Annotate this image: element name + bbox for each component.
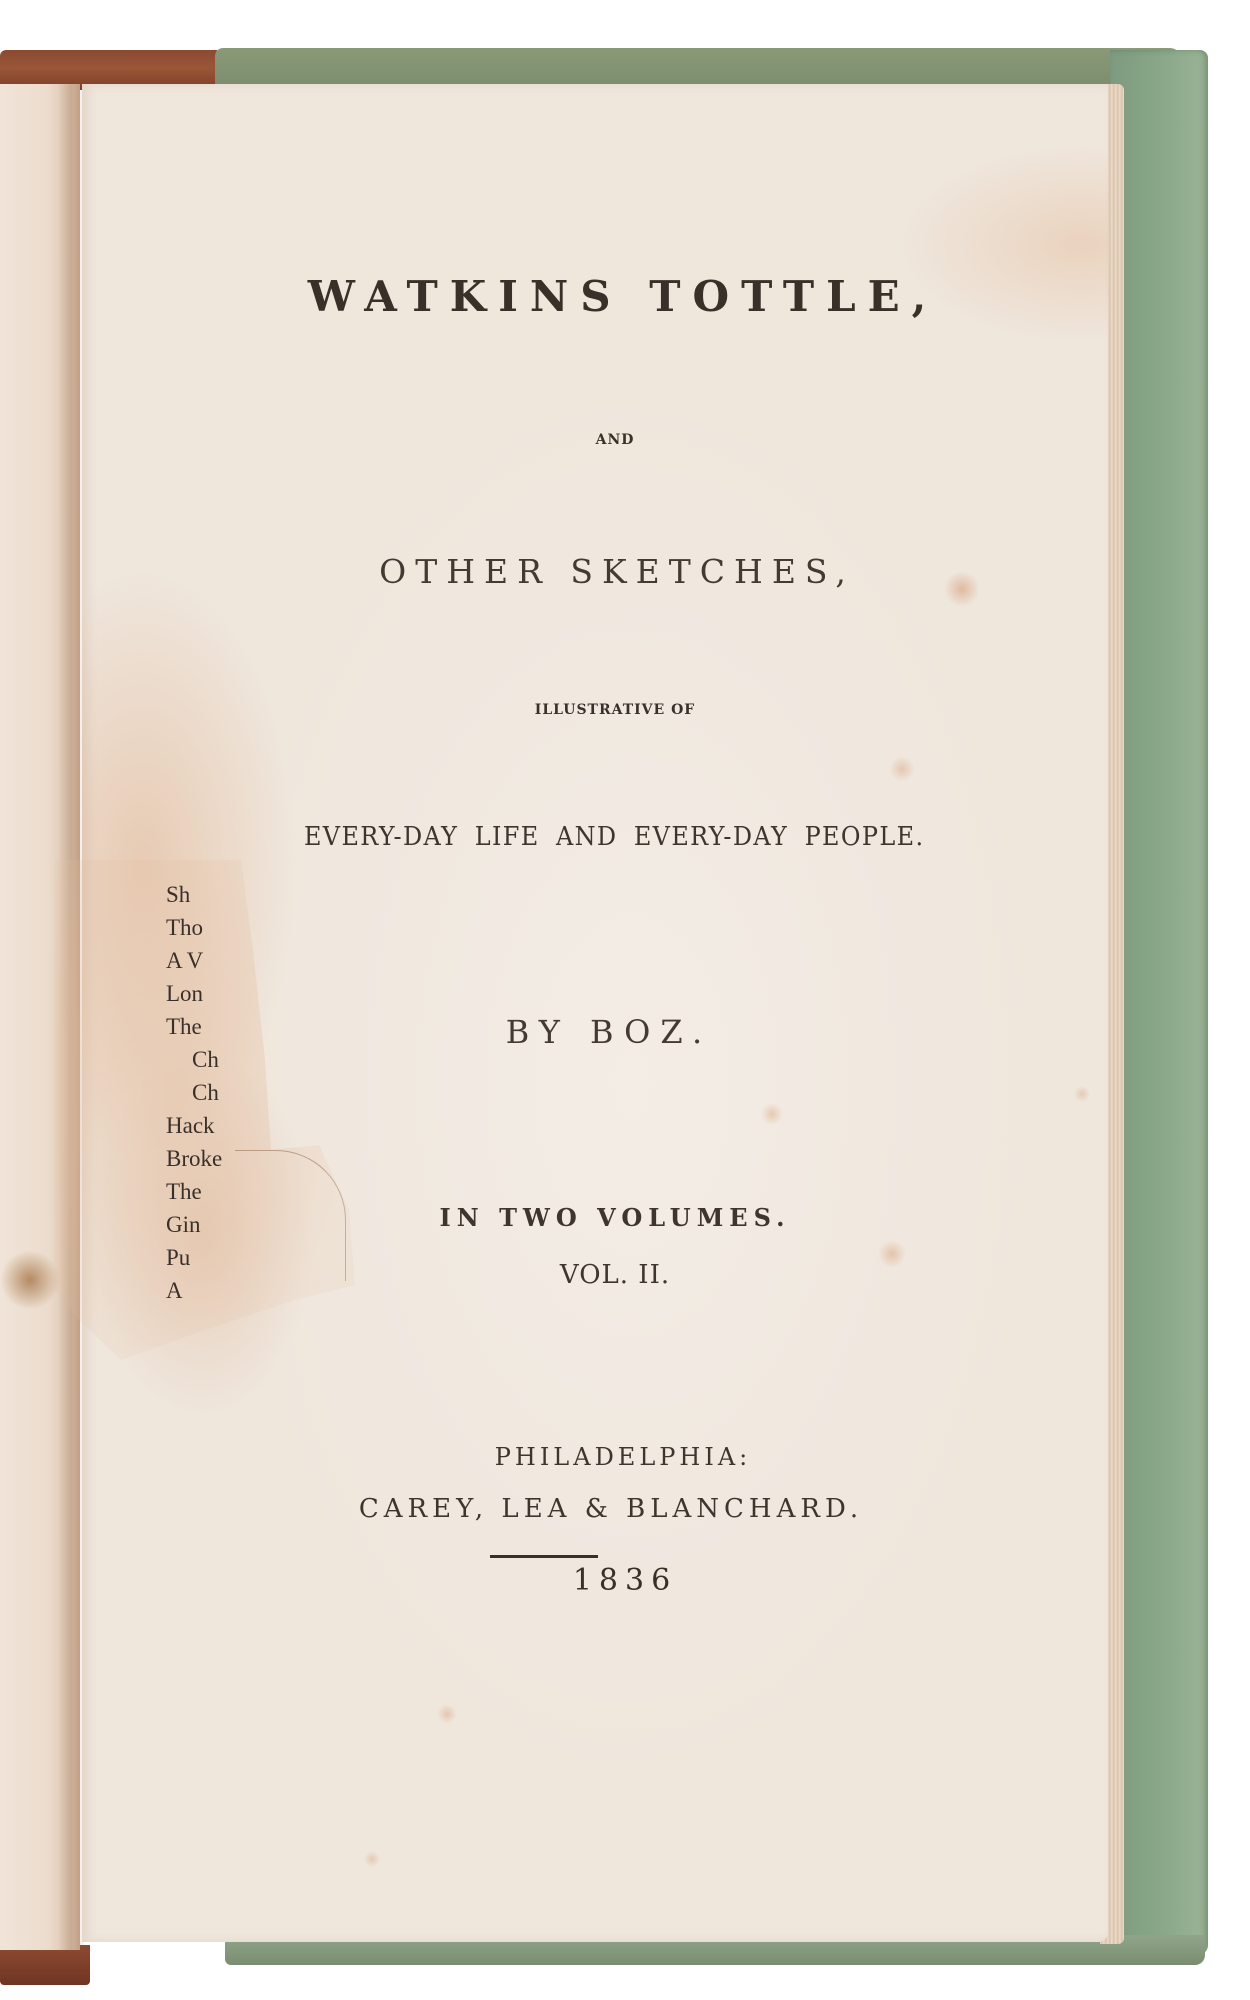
fragment-line: Lon [166,977,256,1010]
imprint-rule [490,1555,598,1558]
book-title: WATKINS TOTTLE, [82,272,1136,321]
book-subtitle: OTHER SKETCHES, [82,552,1130,591]
imprint-year: 1836 [82,1563,1138,1598]
descriptor-line: ILLUSTRATIVE OF [82,702,1128,718]
spine-cloth-bottom [0,1945,90,1985]
theme-line: EVERY-DAY LIFE AND EVERY-DAY PEOPLE. [124,822,1086,852]
fragment-line: Tho [166,911,256,944]
fragment-line: Hack [166,1109,256,1142]
fragment-line: Sh [166,878,256,911]
fragment-line: Ch [166,1076,256,1109]
binding-thread [0,1250,60,1310]
imprint-publisher: CAREY, LEA & BLANCHARD. [82,1494,1124,1524]
fragment-line: Broke [166,1142,256,1175]
author-byline: BY BOZ. [82,1013,1122,1051]
volume-number: VOL. II. [82,1260,1128,1290]
imprint-city: PHILADELPHIA: [82,1443,1136,1471]
title-conjunction: AND [82,432,1128,448]
green-board-top-edge [215,48,1180,84]
green-board-right-edge [1110,50,1208,1955]
fragment-line: A V [166,944,256,977]
volume-count: IN TWO VOLUMES. [82,1203,1128,1232]
torn-fragment-text: Sh Tho A V Lon The Ch Ch Hack Broke The … [166,878,256,1307]
